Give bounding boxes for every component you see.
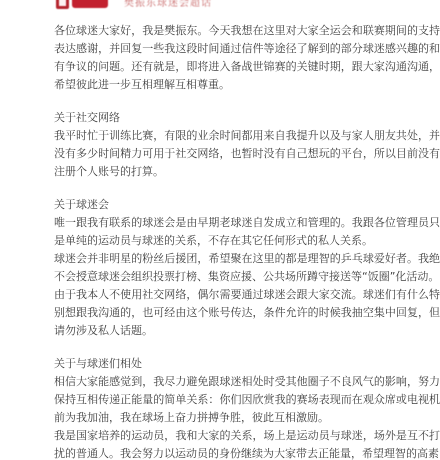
supertopic-icon — [56, 0, 69, 9]
red-badge[interactable] — [72, 0, 108, 8]
statement-body: 各位球迷大家好，我是樊振东。今天我想在这里对大家全运会和联赛期间的支持表达感谢，… — [54, 22, 440, 460]
intro-paragraph: 各位球迷大家好，我是樊振东。今天我想在这里对大家全运会和联赛期间的支持表达感谢，… — [54, 22, 440, 94]
section-paragraph: 我平时忙于训练比赛，有限的业余时间都用来自我提升以及与家人朋友共处，并没有多少时… — [54, 127, 440, 181]
topic-link[interactable]: 樊振东球迷会超话 — [124, 0, 212, 9]
section-social-network: 关于社交网络 我平时忙于训练比赛，有限的业余时间都用来自我提升以及与家人朋友共处… — [54, 109, 440, 181]
section-paragraph: 我是国家培养的运动员，我和大家的关系，场上是运动员与球迷，场外是互不打扰的普通人… — [54, 427, 440, 460]
section-title: 关于与球迷们相处 — [54, 355, 440, 373]
section-paragraph: 相信大家能感觉到，我尽力避免跟球迷相处时受其他圈子不良风气的影响，努力保持互相传… — [54, 373, 440, 427]
section-title: 关于球迷会 — [54, 196, 440, 214]
section-paragraph: 唯一跟我有联系的球迷会是由早期老球迷自发成立和管理的。我跟各位管理员只是单纯的运… — [54, 214, 440, 250]
section-getting-along: 关于与球迷们相处 相信大家能感觉到，我尽力避免跟球迷相处时受其他圈子不良风气的影… — [54, 355, 440, 460]
section-fan-club: 关于球迷会 唯一跟我有联系的球迷会是由早期老球迷自发成立和管理的。我跟各位管理员… — [54, 196, 440, 340]
statement-screenshot: 樊振东球迷会超话 各位球迷大家好，我是樊振东。今天我想在这里对大家全运会和联赛期… — [0, 0, 440, 460]
section-paragraph: 球迷会并非明星的粉丝后援团，希望聚在这里的都是理智的乒乓球爱好者。我绝不会授意球… — [54, 250, 440, 286]
section-paragraph: 由于我本人不使用社交网络，偶尔需要通过球迷会跟大家交流。球迷们有什么特别想跟我沟… — [54, 286, 440, 340]
section-title: 关于社交网络 — [54, 109, 440, 127]
header-strip: 樊振东球迷会超话 — [56, 0, 212, 9]
